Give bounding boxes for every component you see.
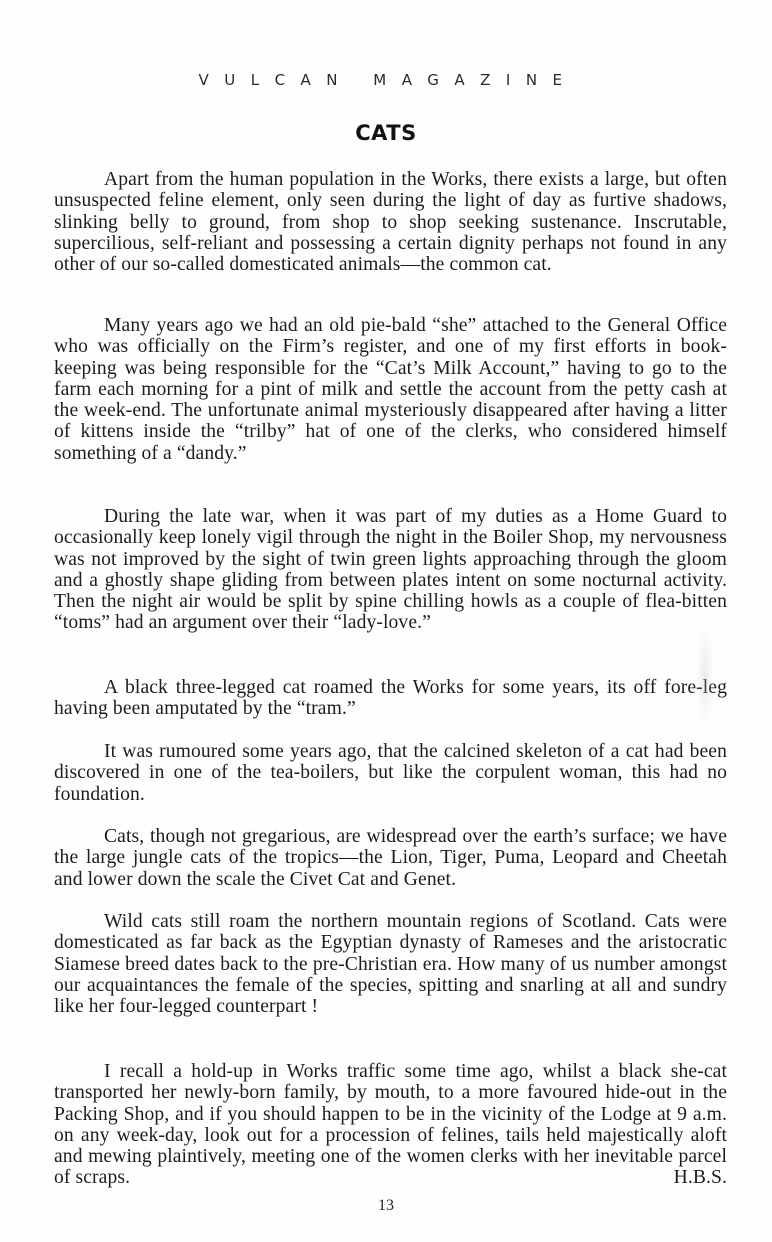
paper-bleed-through-mark bbox=[697, 632, 713, 722]
article-paragraph-final: I recall a hold-up in Works traffic some… bbox=[54, 1061, 727, 1189]
author-signature: H.B.S. bbox=[674, 1167, 727, 1188]
article-paragraph: A black three-legged cat roamed the Work… bbox=[54, 677, 727, 720]
running-head: VULCAN MAGAZINE bbox=[0, 71, 772, 89]
article-paragraph-text: I recall a hold-up in Works traffic some… bbox=[54, 1061, 727, 1188]
article-title: CATS bbox=[0, 121, 772, 145]
magazine-page: VULCAN MAGAZINE CATS Apart from the huma… bbox=[0, 0, 772, 1242]
article-paragraph: Wild cats still roam the northern mounta… bbox=[54, 911, 727, 1017]
article-paragraph: Cats, though not gregarious, are widespr… bbox=[54, 826, 727, 890]
article-paragraph: Apart from the human population in the W… bbox=[54, 169, 727, 275]
article-paragraph: It was rumoured some years ago, that the… bbox=[54, 741, 727, 805]
article-paragraph: During the late war, when it was part of… bbox=[54, 506, 727, 634]
article-paragraph: Many years ago we had an old pie-bald “s… bbox=[54, 315, 727, 464]
page-number: 13 bbox=[0, 1197, 772, 1215]
